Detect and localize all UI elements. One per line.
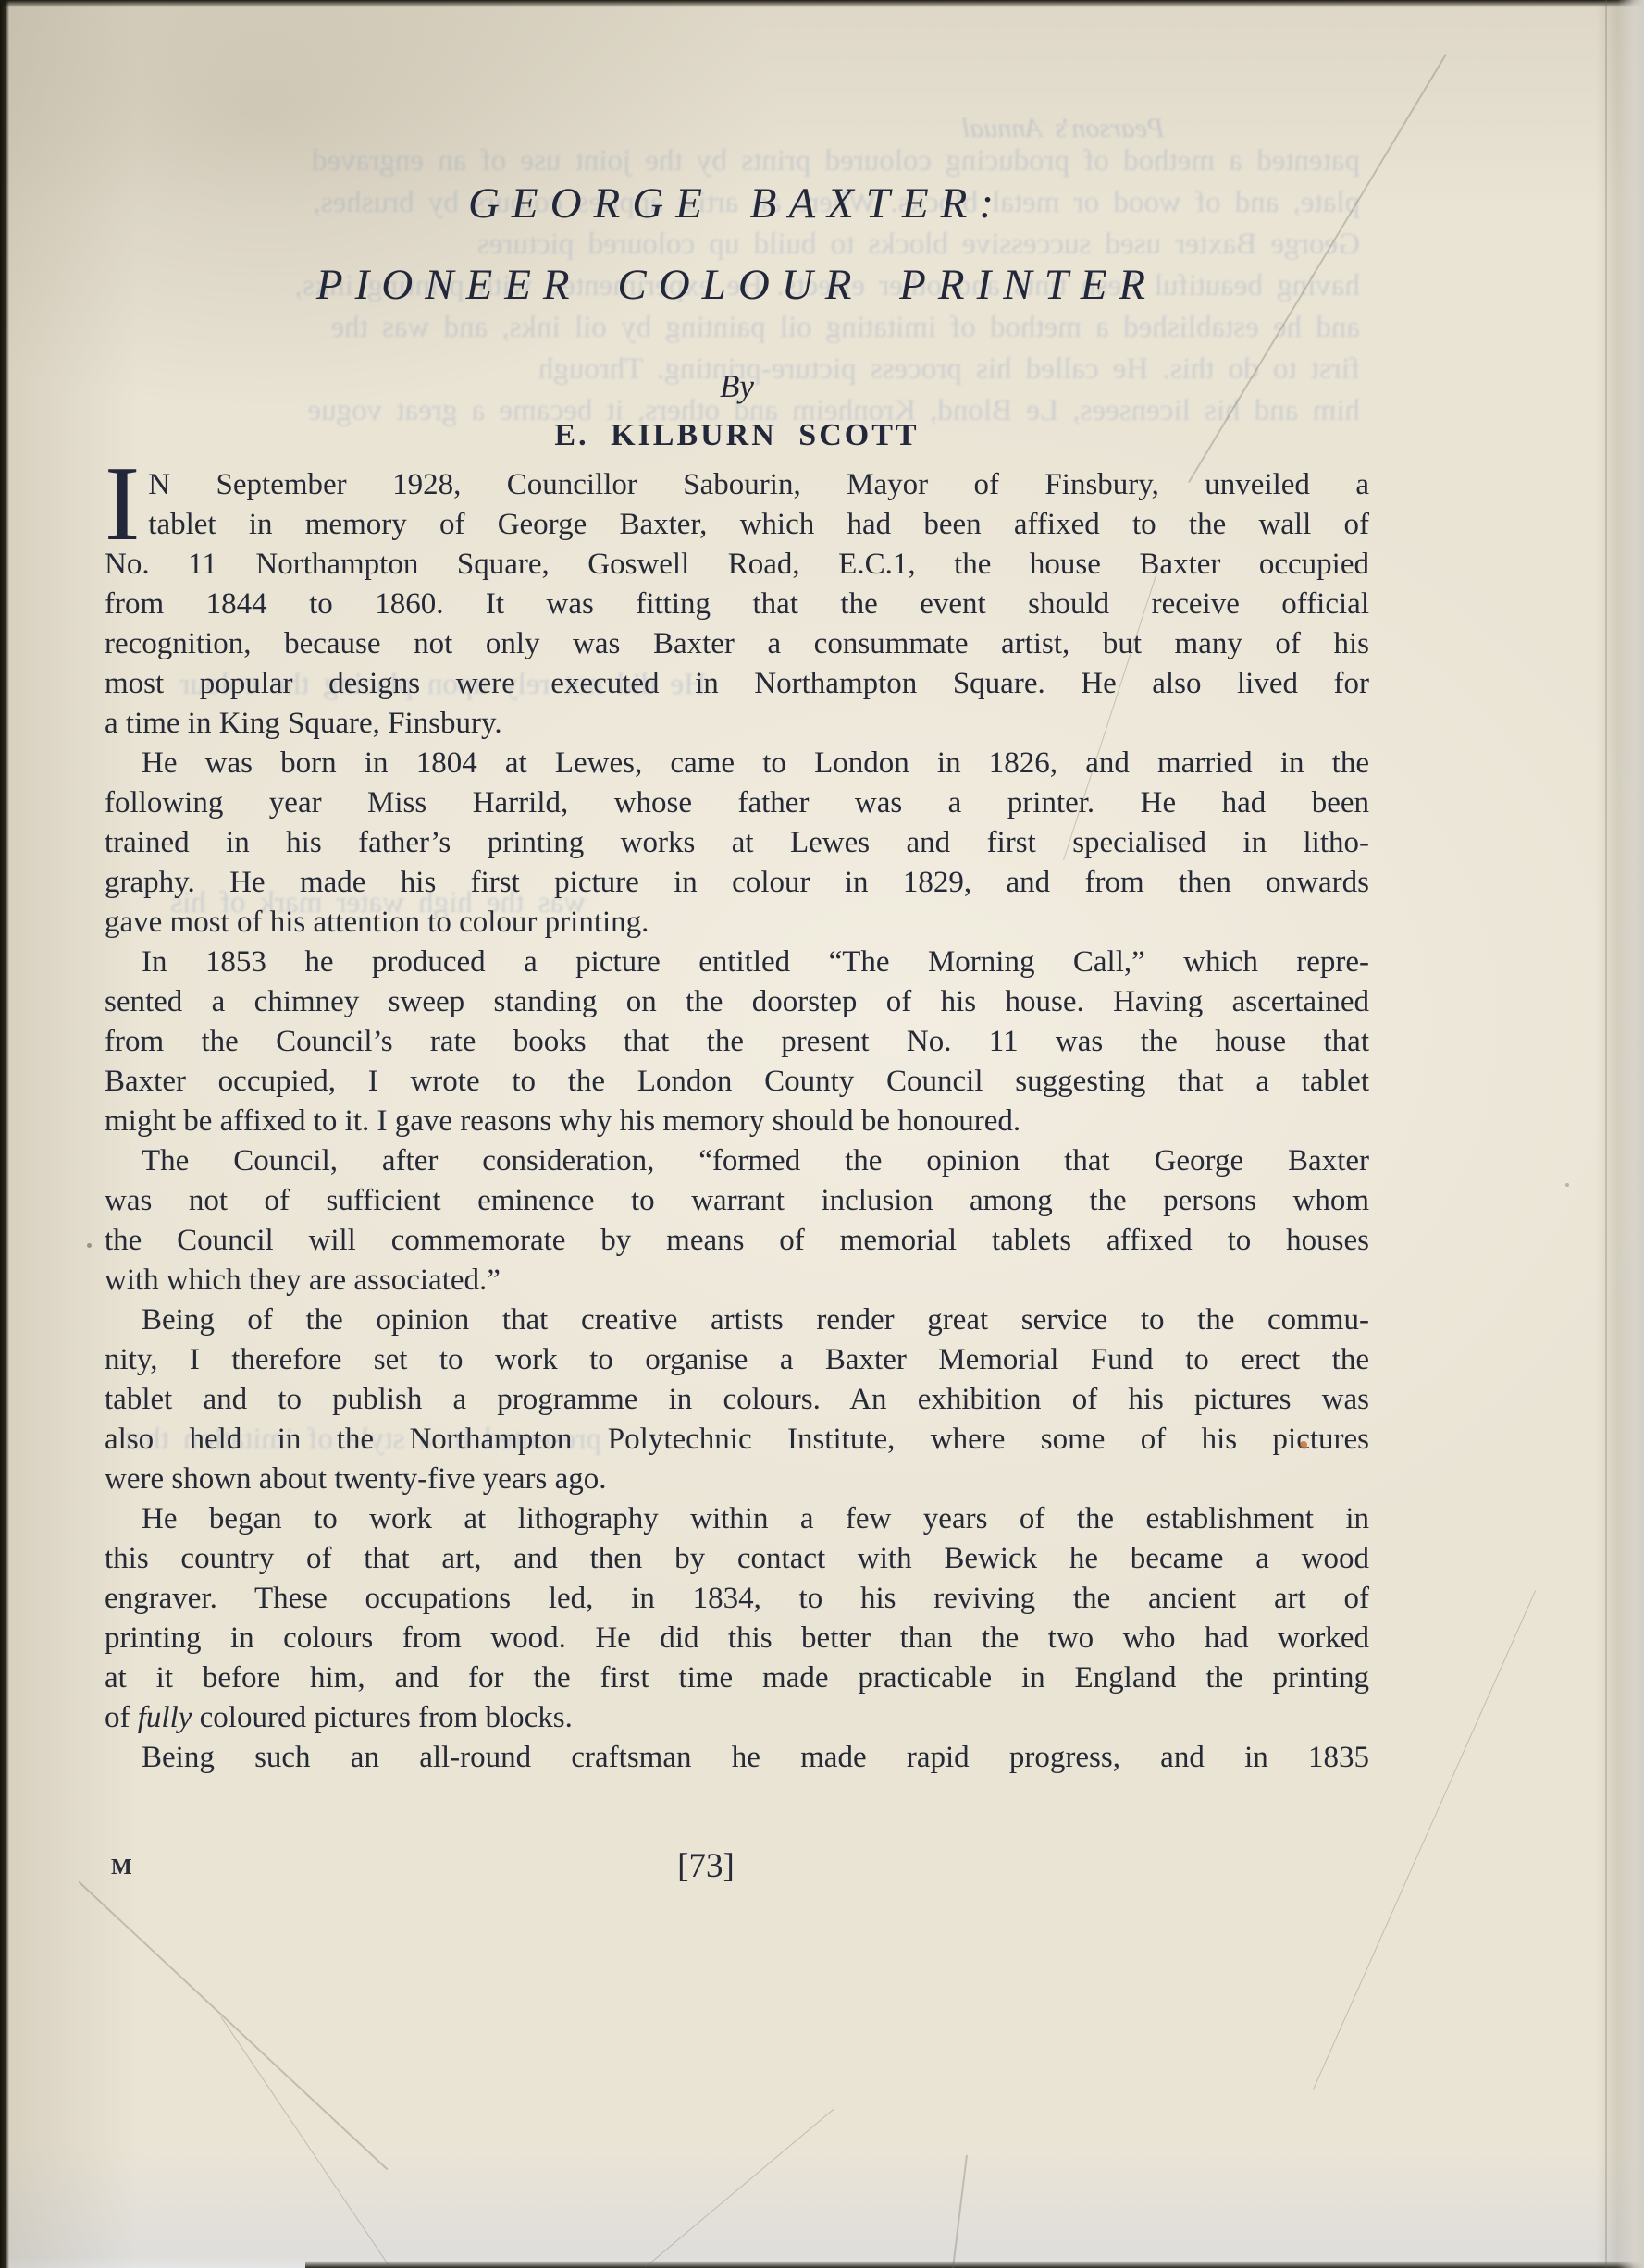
paragraph: He was born in 1804 at Lewes, came to Lo… [105,744,1369,943]
text-line: printing in colours from wood. He did th… [105,1619,1369,1658]
scan-edge-right [1596,0,1644,2268]
paragraph: Being of the opinion that creative artis… [105,1300,1369,1499]
scanned-book-page: Pearson’s Annualpatented a method of pro… [0,0,1644,2268]
title-line-1: GEORGE BAXTER: [105,163,1369,244]
text-line: He was born in 1804 at Lewes, came to Lo… [105,744,1369,783]
italic-word: fully [138,1701,192,1734]
text-line: nity, I therefore set to work to organis… [105,1340,1369,1380]
paper-speck [1565,1183,1569,1187]
text-line: Being such an all-round craftsman he mad… [105,1738,1369,1778]
text-line: from the Council’s rate books that the p… [105,1022,1369,1062]
title-line-2: PIONEER COLOUR PRINTER [105,244,1369,326]
text-line: of fully coloured pictures from blocks. [105,1698,1369,1738]
paper-speck [87,1243,92,1248]
author-name: E. KILBURN SCOTT [105,418,1369,453]
text-line: this country of that art, and then by co… [105,1539,1369,1579]
paragraph: Being such an all-round craftsman he mad… [105,1738,1369,1778]
text-line: a time in King Square, Finsbury. [105,704,1369,744]
text-line: following year Miss Harrild, whose fathe… [105,783,1369,823]
paragraph: The Council, after consideration, “forme… [105,1141,1369,1300]
text-segment: of [105,1701,138,1734]
text-line: He began to work at lithography within a… [105,1499,1369,1539]
paragraph: IN September 1928, Councillor Sabourin, … [105,465,1369,744]
text-line: In 1853 he produced a picture entitled “… [105,943,1369,982]
text-line: No. 11 Northampton Square, Goswell Road,… [105,545,1369,585]
text-line: tablet and to publish a programme in col… [105,1380,1369,1420]
body-text: IN September 1928, Councillor Sabourin, … [105,465,1369,1778]
byline: By [105,368,1369,405]
scan-edge-bottom [305,2261,1644,2268]
text-line: N September 1928, Councillor Sabourin, M… [105,465,1369,505]
text-line: the Council will commemorate by means of… [105,1221,1369,1261]
drop-cap: I [105,465,140,543]
text-line: might be affixed to it. I gave reasons w… [105,1102,1369,1141]
text-block: GEORGE BAXTER: PIONEER COLOUR PRINTER By… [105,0,1369,2268]
text-line: graphy. He made his first picture in col… [105,863,1369,903]
paragraph: He began to work at lithography within a… [105,1499,1369,1738]
text-line: Baxter occupied, I wrote to the London C… [105,1062,1369,1102]
text-line: The Council, after consideration, “forme… [105,1141,1369,1181]
page-number: [73] [105,1846,1307,1886]
paper-speck [1300,1441,1307,1448]
text-line: gave most of his attention to colour pri… [105,903,1369,943]
text-line: were shown about twenty-five years ago. [105,1460,1369,1499]
article-title: GEORGE BAXTER: PIONEER COLOUR PRINTER [105,163,1369,326]
scan-edge-left [0,0,9,2268]
text-segment: coloured pictures from blocks. [192,1701,572,1734]
text-line: engraver. These occupations led, in 1834… [105,1579,1369,1619]
scan-edge-right-seam [1605,0,1607,2268]
text-line: with which they are associated.” [105,1261,1369,1300]
text-line: from 1844 to 1860. It was fitting that t… [105,585,1369,624]
text-line: at it before him, and for the first time… [105,1658,1369,1698]
text-line: also held in the Northampton Polytechnic… [105,1420,1369,1460]
text-line: was not of sufficient eminence to warran… [105,1181,1369,1221]
scan-edge-top [0,0,1644,7]
text-line: most popular designs were executed in No… [105,664,1369,704]
text-line: tablet in memory of George Baxter, which… [105,505,1369,545]
paragraph: In 1853 he produced a picture entitled “… [105,943,1369,1141]
text-line: Being of the opinion that creative artis… [105,1300,1369,1340]
text-line: trained in his father’s printing works a… [105,823,1369,863]
text-line: recognition, because not only was Baxter… [105,624,1369,664]
text-line: sented a chimney sweep standing on the d… [105,982,1369,1022]
